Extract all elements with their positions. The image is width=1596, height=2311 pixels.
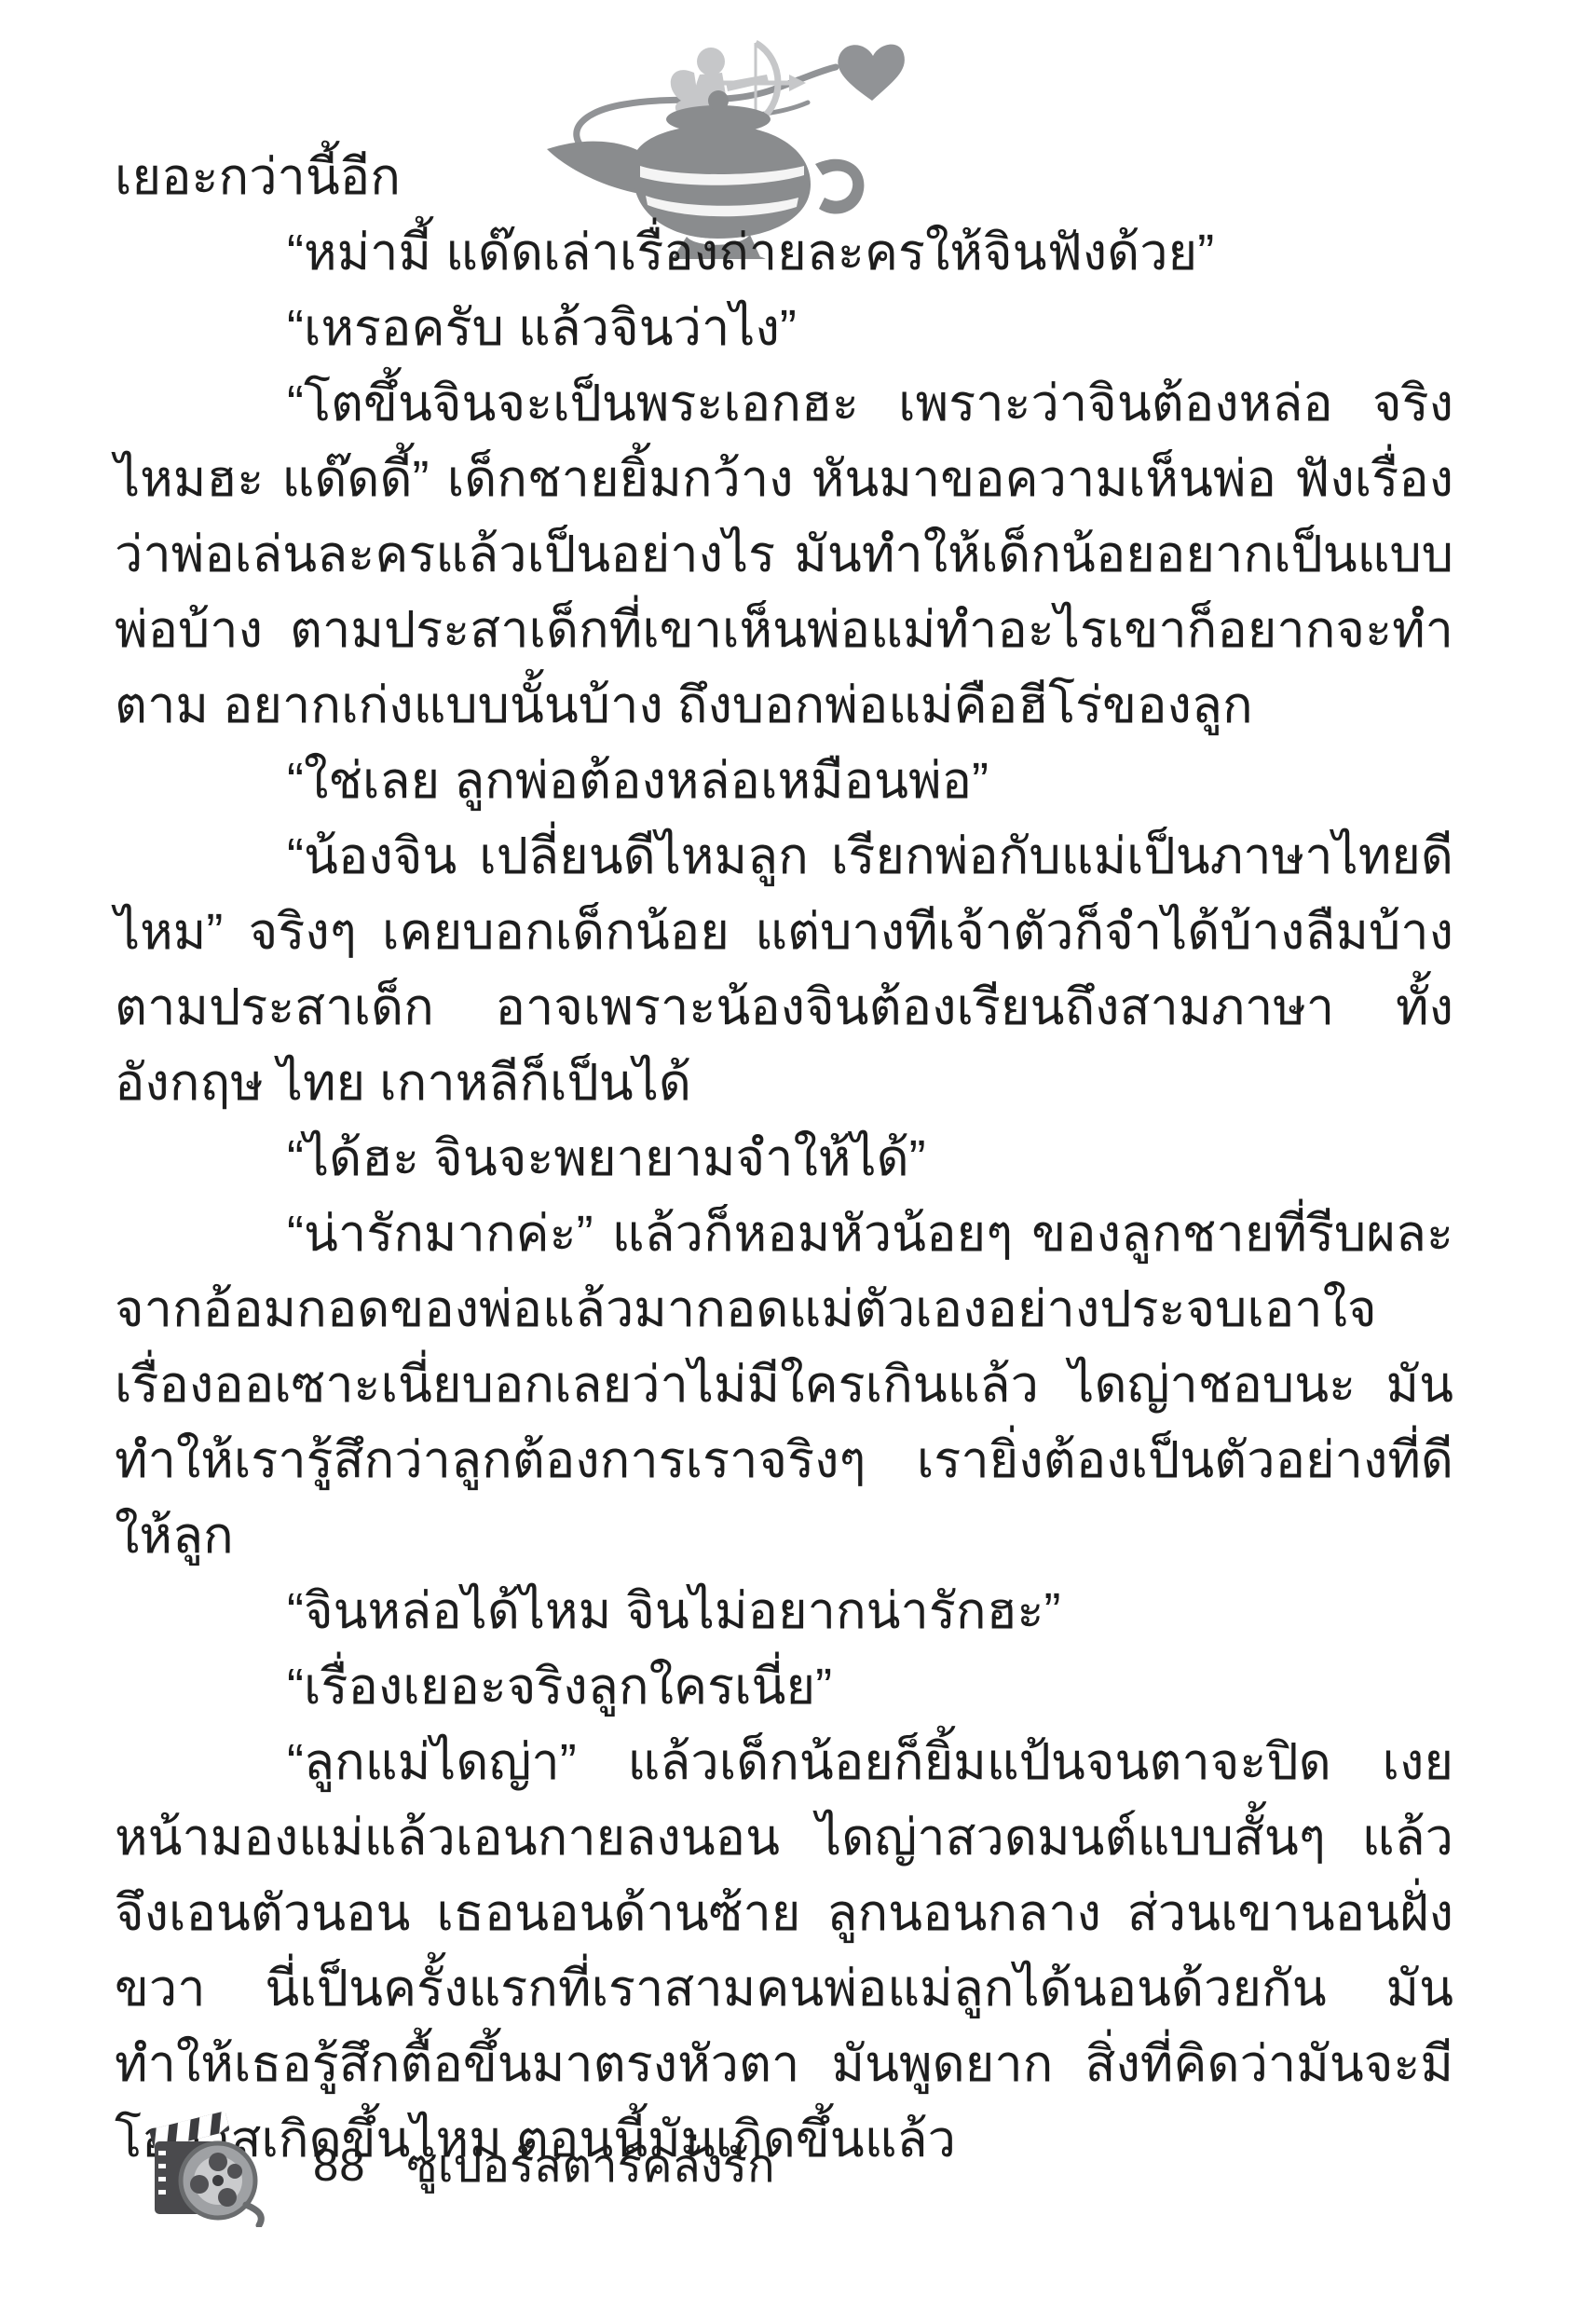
- book-page: เยอะกว่านี้อีก “หม่ามี้ แด๊ดเล่าเรื่องถ่…: [0, 0, 1596, 2311]
- paragraph: “ใช่เลย ลูกพ่อต้องหล่อเหมือนพ่อ”: [115, 744, 1453, 819]
- movie-clapperboard-icon: [138, 2104, 268, 2227]
- paragraph: “หม่ามี้ แด๊ดเล่าเรื่องถ่ายละครให้จินฟัง…: [115, 215, 1453, 291]
- paragraph: เยอะกว่านี้อีก: [115, 140, 1453, 215]
- paragraph: “จินหล่อได้ไหม จินไม่อยากน่ารักฮะ”: [115, 1574, 1453, 1649]
- paragraph: “เรื่องเยอะจริงลูกใครเนี่ย”: [115, 1649, 1453, 1725]
- page-number: 88: [313, 2140, 366, 2192]
- page-footer: 88 ซูเปอร์สตาร์คลั่งรัก: [138, 2104, 775, 2227]
- paragraph: “ได้ฮะ จินจะพยายามจำให้ได้”: [115, 1121, 1453, 1197]
- page-body-text: เยอะกว่านี้อีก “หม่ามี้ แด๊ดเล่าเรื่องถ่…: [115, 140, 1453, 2178]
- heart-icon: [838, 45, 905, 101]
- paragraph: “น่ารักมากค่ะ” แล้วก็หอมหัวน้อยๆ ของลูกช…: [115, 1197, 1453, 1574]
- paragraph: “เหรอครับ แล้วจินว่าไง”: [115, 291, 1453, 366]
- paragraph: “น้องจิน เปลี่ยนดีไหมลูก เรียกพ่อกับแม่เ…: [115, 819, 1453, 1121]
- book-title: ซูเปอร์สตาร์คลั่งรัก: [407, 2129, 775, 2202]
- paragraph: “โตขึ้นจินจะเป็นพระเอกฮะ เพราะว่าจินต้อง…: [115, 366, 1453, 744]
